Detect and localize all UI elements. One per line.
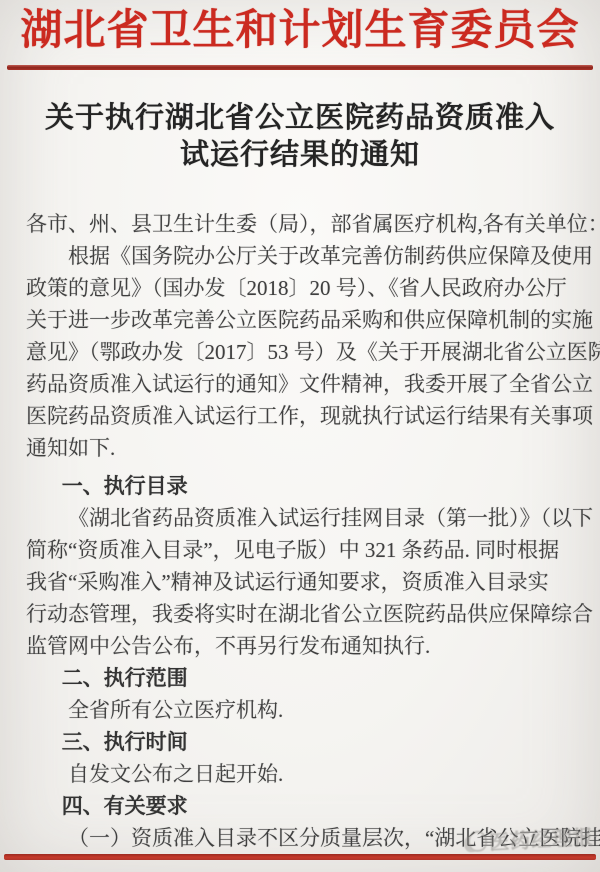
body-line: 医院药品资质准入试运行工作，现就执行试运行结果有关事项 [26, 400, 574, 432]
body-line: 关于进一步改革完善公立医院药品采购和供应保障机制的实施 [26, 304, 574, 336]
document-body: 各市、州、县卫生计生委（局），部省属医疗机构,各有关单位： 根据《国务院办公厅关… [0, 208, 600, 854]
footer-divider [4, 854, 596, 860]
section-heading: 四、有关要求 [26, 790, 574, 822]
section-heading: 一、执行目录 [26, 470, 574, 502]
body-line: 我省“采购准入”精神及试运行通知要求，资质准入目录实 [26, 566, 574, 598]
watermark-mascot-icon [468, 830, 488, 852]
document-title: 关于执行湖北省公立医院药品资质准入 试运行结果的通知 [0, 100, 600, 174]
body-line: 全省所有公立医疗机构. [26, 694, 574, 726]
title-line: 关于执行湖北省公立医院药品资质准入 [0, 100, 600, 137]
page: 湖北省卫生和计划生育委员会 关于执行湖北省公立医院药品资质准入 试运行结果的通知… [0, 0, 600, 872]
org-title: 湖北省卫生和计划生育委员会 [0, 6, 600, 56]
header-divider [7, 65, 593, 70]
body-line: 意见》（鄂政办发〔2017〕53 号）及《关于开展湖北省公立医院 [26, 336, 574, 368]
watermark-label: 医药经理报 [488, 821, 594, 855]
body-line: 通知如下. [26, 432, 574, 464]
body-line: 政策的意见》（国办发〔2018〕20 号）、《省人民政府办公厅 [26, 272, 574, 304]
body-line: 自发文公布之日起开始. [26, 758, 574, 790]
body-line: 简称“资质准入目录”，见电子版）中 321 条药品. 同时根据 [26, 534, 574, 566]
title-line: 试运行结果的通知 [0, 137, 600, 174]
section-heading: 三、执行时间 [26, 726, 574, 758]
body-line: 《湖北省药品资质准入试运行挂网目录（第一批）》（以下 [26, 502, 574, 534]
section-heading: 二、执行范围 [26, 662, 574, 694]
body-line: 根据《国务院办公厅关于改革完善仿制药供应保障及使用 [26, 240, 574, 272]
body-line: 监管网中公告公布，不再另行发布通知执行. [26, 630, 574, 662]
body-line: 行动态管理，我委将实时在湖北省公立医院药品供应保障综合 [26, 598, 574, 630]
body-line: 各市、州、县卫生计生委（局），部省属医疗机构,各有关单位： [26, 208, 574, 240]
document-header: 湖北省卫生和计划生育委员会 [0, 0, 600, 70]
body-line: 药品资质准入试运行的通知》文件精神，我委开展了全省公立 [26, 368, 574, 400]
